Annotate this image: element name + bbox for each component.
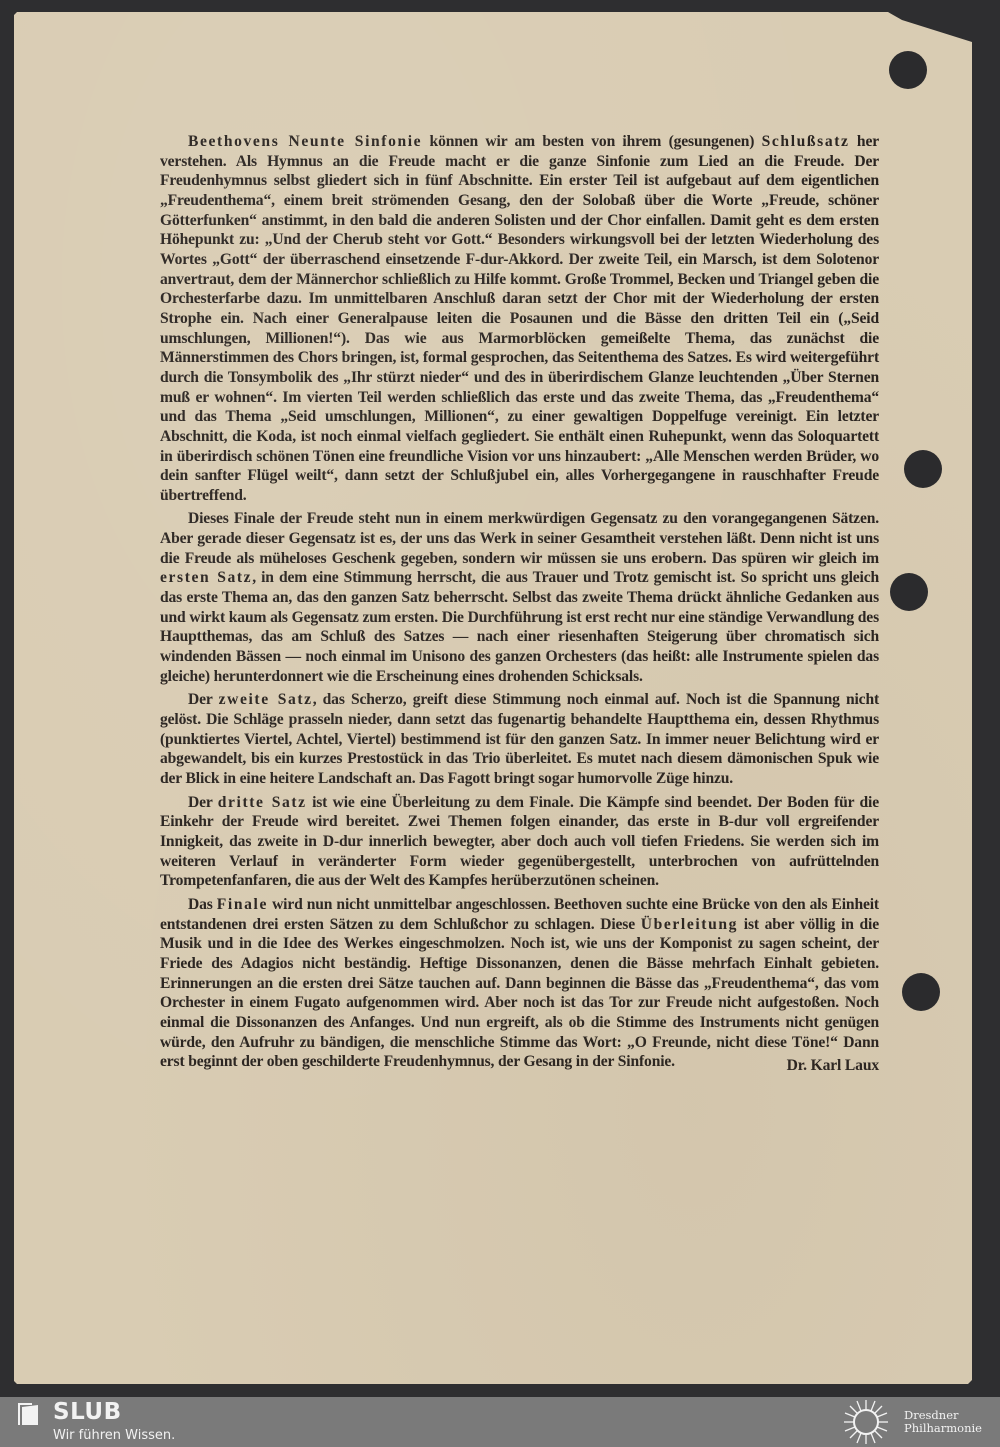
- punch-hole-1: [889, 51, 927, 89]
- paragraph-5: Das Finale wird nun nicht unmittelbar an…: [160, 895, 879, 1072]
- paragraph-3: Der zweite Satz, das Scherzo, greift die…: [160, 690, 879, 788]
- scanned-page: Beethovens Neunte Sinfonie können wir am…: [14, 12, 986, 1384]
- paragraph-2: Dieses Finale der Freude steht nun in ei…: [160, 509, 879, 686]
- dresdner-philharmonie-name: Dresdner Philharmonie: [904, 1409, 982, 1435]
- paragraph-1: Beethovens Neunte Sinfonie können wir am…: [160, 132, 879, 505]
- book-pages-icon: [14, 1401, 42, 1427]
- punch-hole-2: [904, 450, 942, 488]
- footer-bar: SLUB Wir führen Wissen. Dresdner Philhar…: [0, 1397, 1000, 1447]
- punch-hole-3: [890, 573, 928, 611]
- paragraph-4: Der dritte Satz ist wie eine Überleitung…: [160, 793, 879, 891]
- emphasis-title: Beethovens Neunte Sinfonie: [188, 133, 422, 150]
- sunburst-ring-icon: [843, 1399, 889, 1445]
- slub-title: SLUB: [53, 1399, 122, 1425]
- punch-hole-4: [902, 973, 940, 1011]
- article-body: Beethovens Neunte Sinfonie können wir am…: [160, 132, 879, 1076]
- slub-slogan: Wir führen Wissen.: [53, 1428, 175, 1443]
